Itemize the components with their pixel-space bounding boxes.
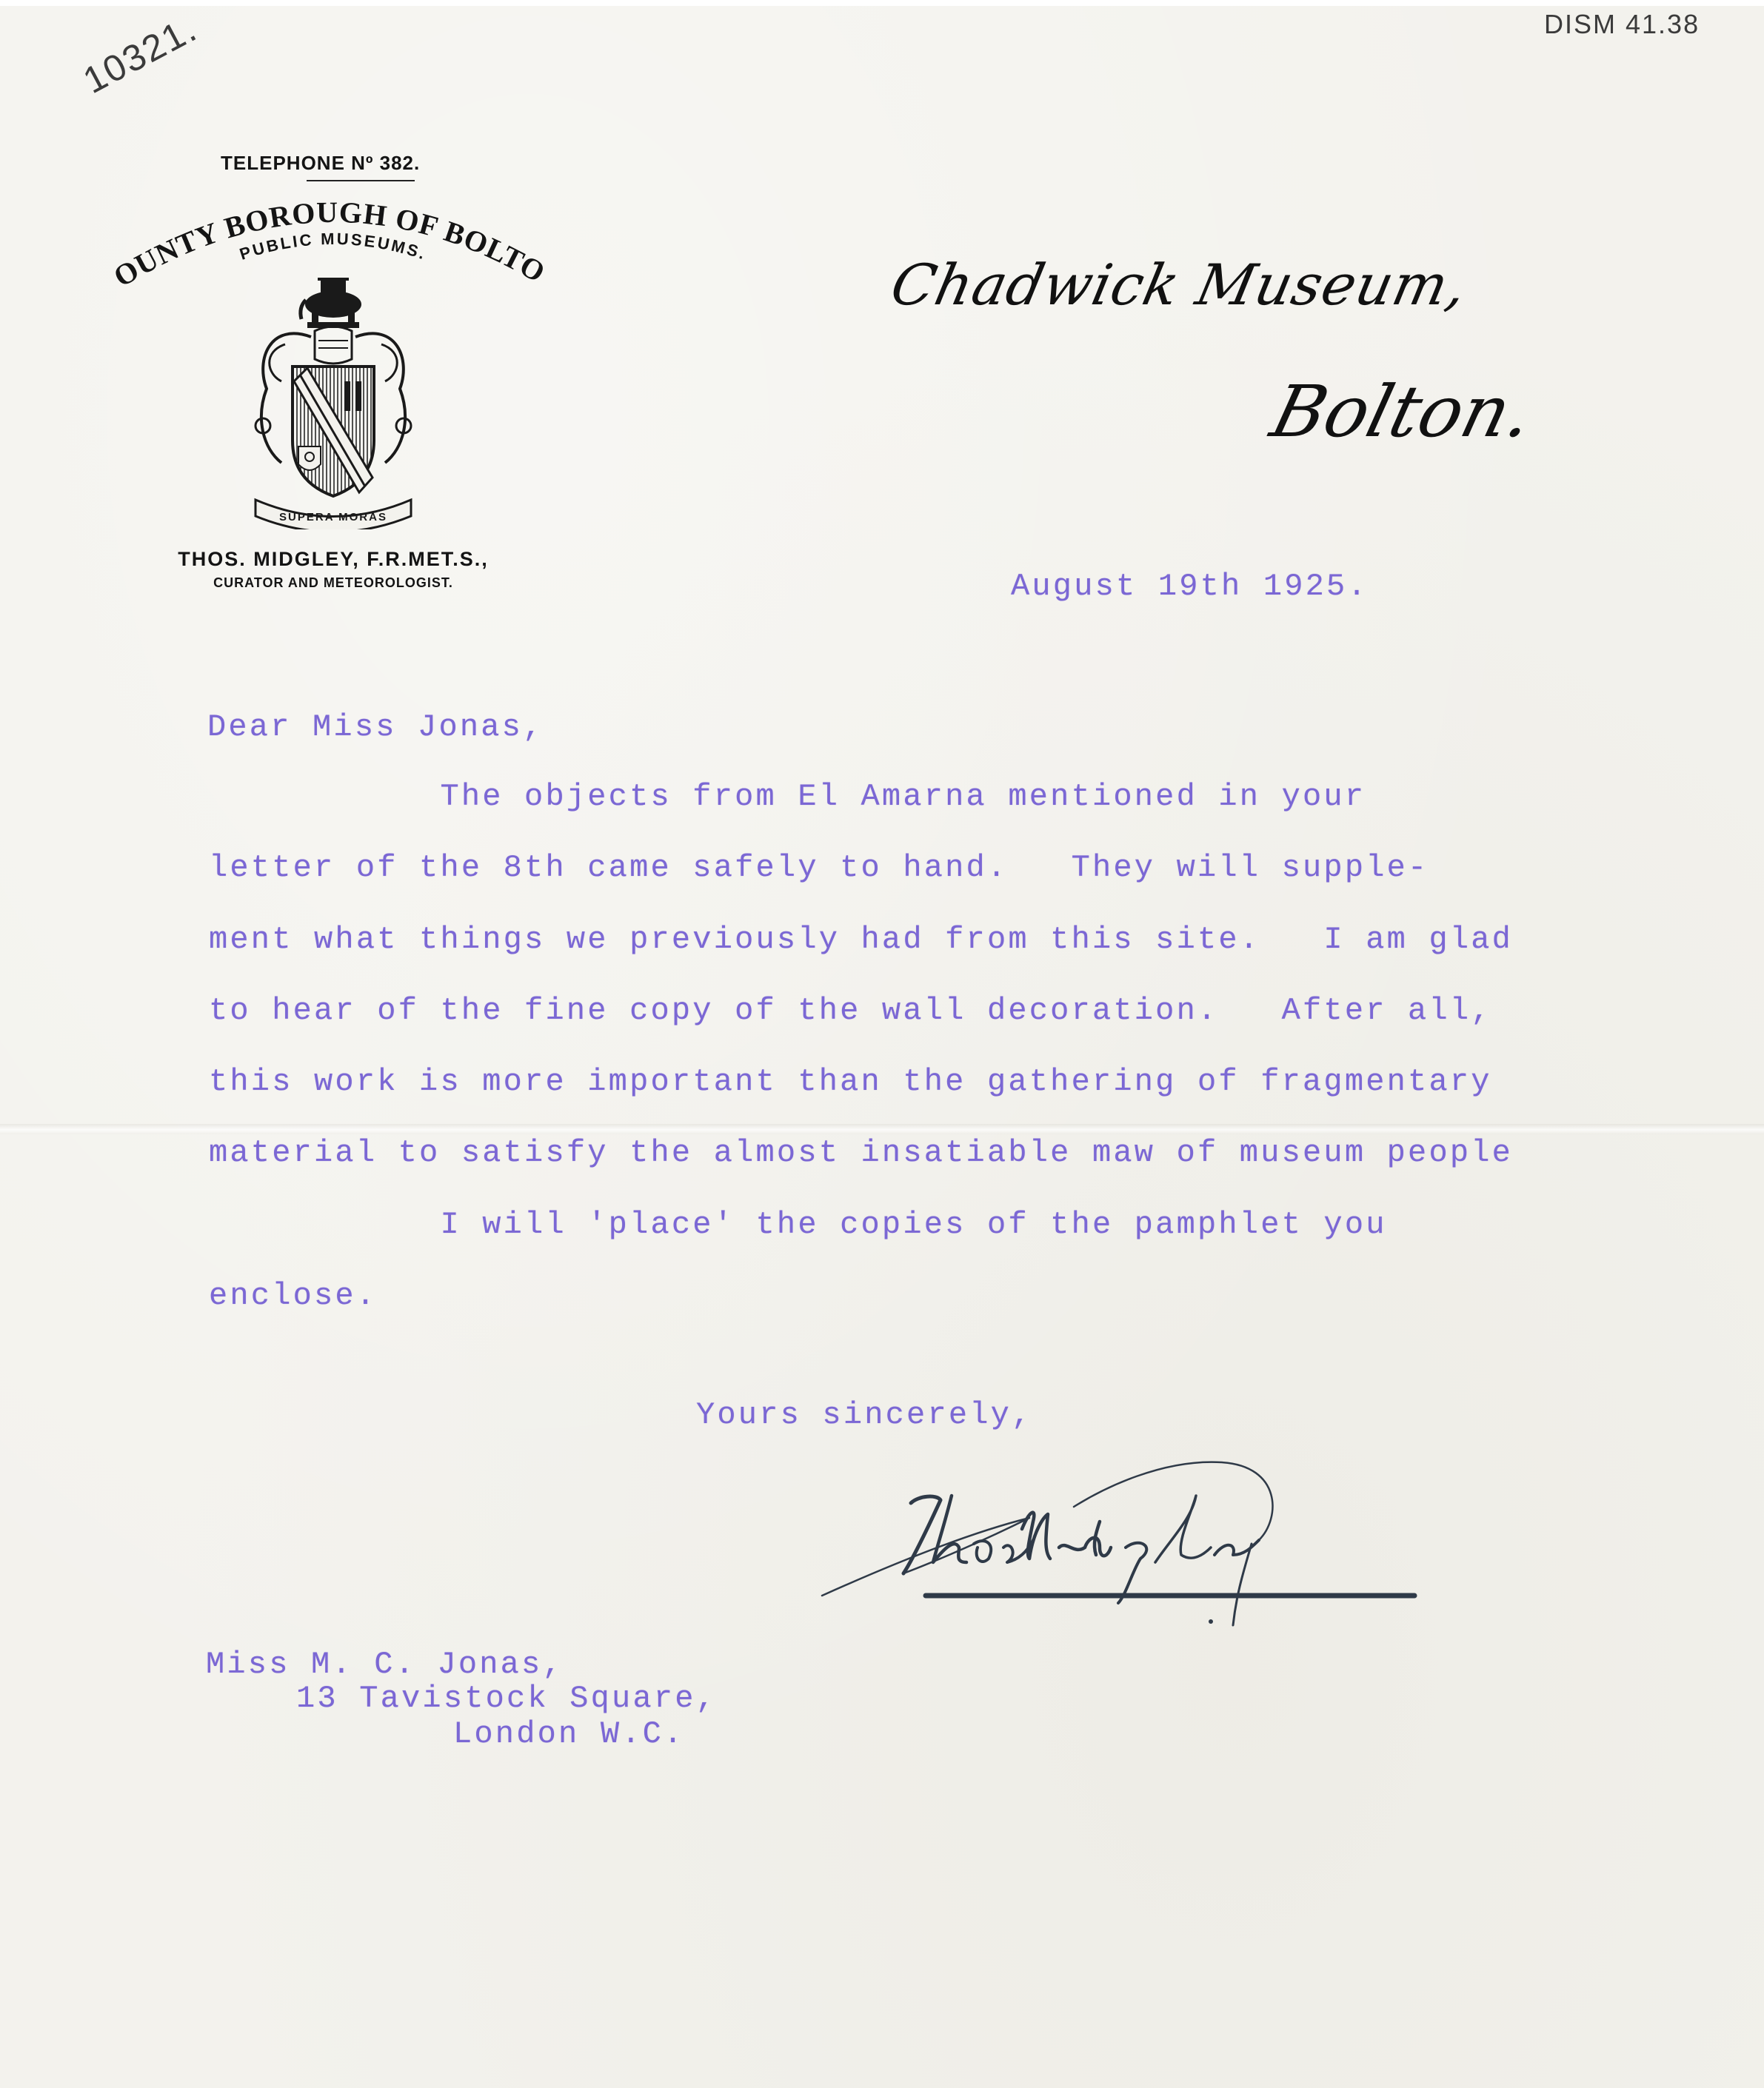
handwritten-signature	[807, 1451, 1489, 1644]
telephone-underline	[307, 180, 415, 181]
organization-arc-heading: COUNTY BOROUGH OF BOLTON. PUBLIC MUSEUMS…	[111, 189, 555, 292]
salutation: Dear Miss Jonas,	[207, 709, 544, 745]
coat-of-arms-icon: SUPERA MORAS	[241, 278, 426, 529]
curator-name: THOS. MIDGLEY, F.R.MET.S.,	[111, 548, 555, 571]
body-line: to hear of the fine copy of the wall dec…	[209, 993, 1492, 1028]
body-line: material to satisfy the almost insatiabl…	[209, 1135, 1513, 1171]
recipient-street: 13 Tavistock Square,	[296, 1681, 717, 1716]
recipient-name: Miss M. C. Jonas,	[206, 1647, 564, 1682]
body-line: I will 'place' the copies of the pamphle…	[209, 1207, 1387, 1242]
museum-name: Chadwick Museum,	[886, 252, 1474, 318]
scan-edge	[0, 0, 1764, 6]
letter-date: August 19th 1925.	[1011, 569, 1369, 604]
body-line: enclose.	[209, 1278, 377, 1314]
body-line: letter of the 8th came safely to hand. T…	[209, 850, 1429, 886]
crest-motto: SUPERA MORAS	[279, 511, 387, 523]
town-name: Bolton.	[1263, 370, 1542, 453]
paper-fold-line	[0, 1124, 1764, 1134]
closing: Yours sincerely,	[696, 1397, 1032, 1433]
curator-title: CURATOR AND METEOROLOGIST.	[111, 575, 555, 591]
body-line: this work is more important than the gat…	[209, 1064, 1492, 1100]
body-line: The objects from El Amarna mentioned in …	[209, 779, 1366, 814]
telephone-number: TELEPHONE Nº 382.	[221, 152, 420, 175]
recipient-city: London W.C.	[453, 1716, 684, 1752]
body-line: ment what things we previously had from …	[209, 922, 1513, 957]
archive-catalog-mark: DISM 41.38	[1544, 9, 1700, 40]
